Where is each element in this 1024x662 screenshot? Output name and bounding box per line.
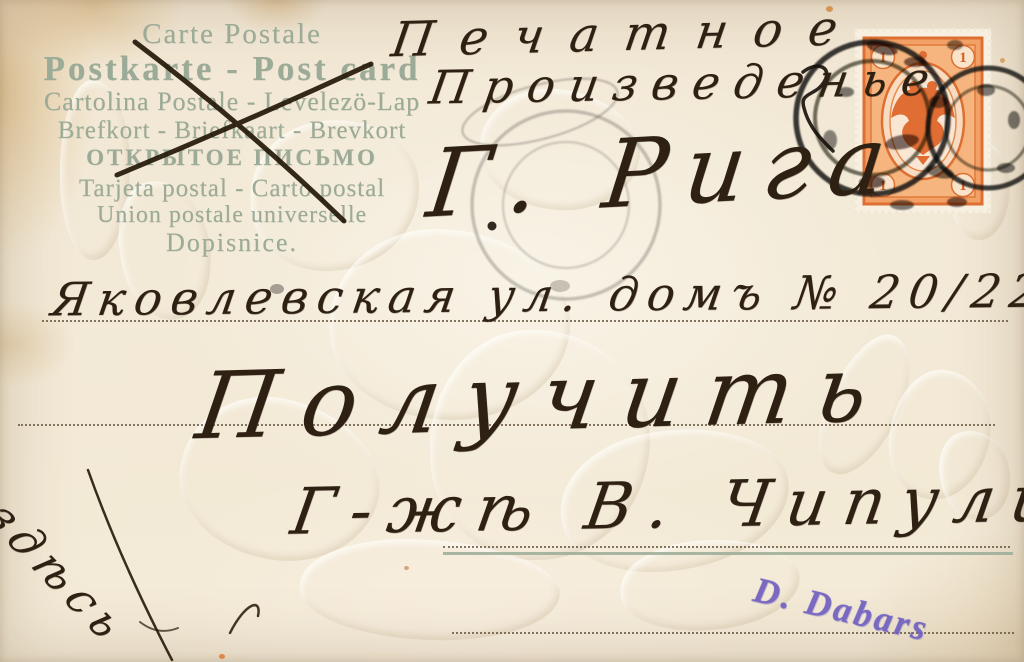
x-crossout-mark	[117, 42, 371, 221]
handwritten-addressee: Г-жѣ В. Чипулисъ	[286, 460, 1024, 550]
handwritten-street-address: Яковлевская ул. домъ № 20/22	[48, 264, 1024, 327]
postcard-back: Carte Postale Postkarte - Post card Cart…	[0, 0, 1024, 662]
handwritten-note-proizvedenie: Произведенье	[426, 51, 947, 114]
handwritten-instruction: Получить	[190, 335, 899, 461]
